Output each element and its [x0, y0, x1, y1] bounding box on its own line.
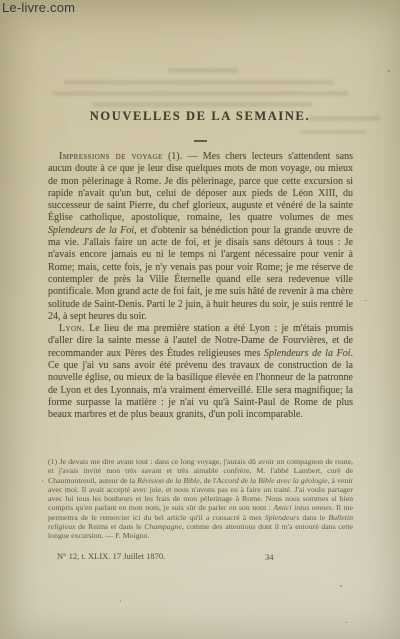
showthrough-line: [300, 130, 366, 134]
paper-speck: [42, 480, 43, 482]
signature-number: 34: [265, 552, 274, 562]
footnote: (1) Je devais me dire avant tout : dans …: [48, 457, 353, 541]
paragraph-impressions: Impressions de voyage (1). — Mes chers l…: [48, 151, 353, 323]
article-body: Impressions de voyage (1). — Mes chers l…: [48, 151, 353, 422]
paper-speck: [120, 600, 121, 602]
section-title: NOUVELLES DE LA SEMAINE.: [40, 109, 360, 124]
paper-speck: [388, 70, 390, 72]
paper-speck: [365, 300, 367, 301]
heading-rule: [194, 140, 207, 142]
watermark-text: Le-livre.com: [2, 0, 75, 15]
paragraph-lyon: Lyon. Le lieu de ma première station a é…: [48, 323, 353, 421]
showthrough-line: [52, 91, 348, 96]
paper-speck: [345, 622, 347, 623]
showthrough-line: [168, 68, 238, 73]
issue-line: N° 12, t. XLIX. 17 Juillet 1870.: [57, 551, 165, 561]
showthrough-line: [92, 102, 312, 107]
paper-speck: [340, 585, 342, 587]
showthrough-line: [64, 80, 334, 85]
